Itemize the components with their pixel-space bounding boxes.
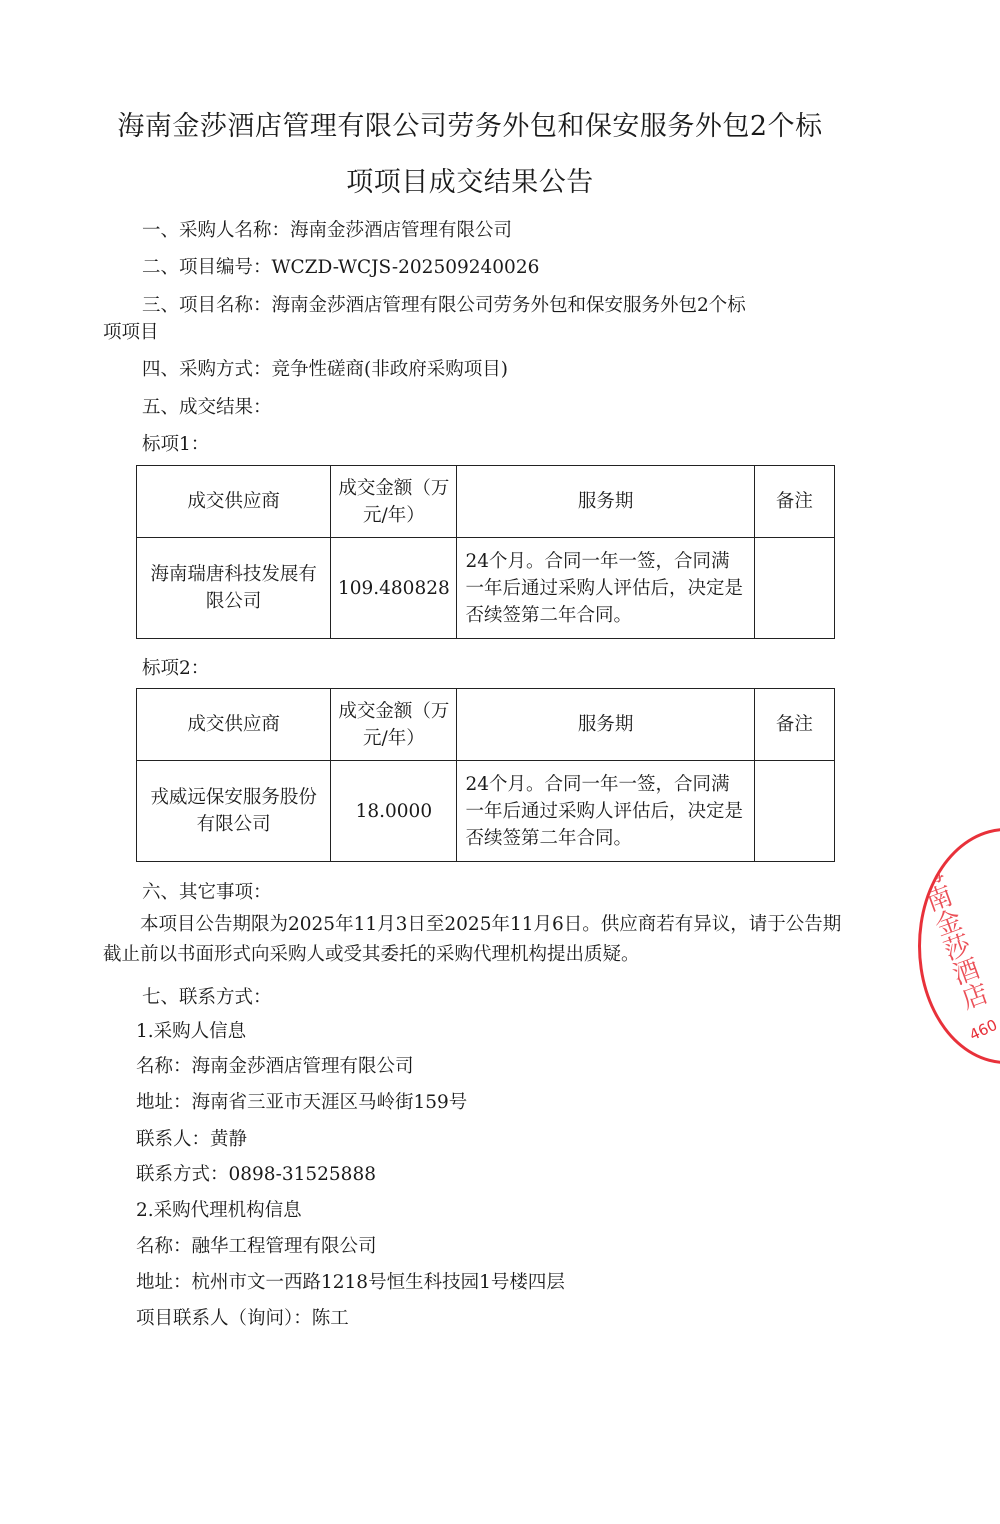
lot-1-label: 标项1： (142, 430, 209, 456)
lot-2-label: 标项2： (142, 654, 209, 680)
document-title-line1: 海南金莎酒店管理有限公司劳务外包和保安服务外包2个标 (95, 104, 845, 143)
table-header-row: 成交供应商 成交金额（万元/年） 服务期 备注 (137, 689, 835, 761)
cell-period: 24个月。合同一年一签，合同满一年后通过采购人评估后，决定是否续签第二年合同。 (457, 761, 754, 862)
other-text: 本项目公告期限为2025年11月3日至2025年11月6日。供应商若有异议，请于… (103, 910, 848, 970)
agency-name: 名称：融华工程管理有限公司 (136, 1232, 377, 1258)
purchaser-phone: 联系方式：0898-31525888 (136, 1160, 376, 1186)
agency-contact-person: 项目联系人（询问）：陈工 (136, 1304, 349, 1330)
lot-1-table: 成交供应商 成交金额（万元/年） 服务期 备注 海南瑞唐科技发展有限公司 109… (136, 465, 835, 639)
table-row: 海南瑞唐科技发展有限公司 109.480828 24个月。合同一年一签，合同满一… (137, 538, 835, 639)
project-name-line2: 项项目 (103, 318, 159, 344)
result-heading: 五、成交结果： (142, 393, 272, 419)
lot-2-table: 成交供应商 成交金额（万元/年） 服务期 备注 戎威远保安服务股份有限公司 18… (136, 688, 835, 862)
project-number: 二、项目编号：WCZD-WCJS-202509240026 (142, 253, 539, 279)
cell-supplier: 海南瑞唐科技发展有限公司 (137, 538, 331, 639)
company-seal: 海南金莎酒店 460 (918, 828, 1000, 1064)
contact-heading: 七、联系方式： (142, 983, 272, 1009)
table-row: 戎威远保安服务股份有限公司 18.0000 24个月。合同一年一签，合同满一年后… (137, 761, 835, 862)
cell-supplier: 戎威远保安服务股份有限公司 (137, 761, 331, 862)
header-period: 服务期 (457, 466, 754, 538)
project-name-line1: 三、项目名称：海南金莎酒店管理有限公司劳务外包和保安服务外包2个标 (142, 291, 746, 317)
purchaser-info-heading: 1.采购人信息 (136, 1017, 246, 1043)
cell-remark (754, 761, 834, 862)
document-title-line2: 项项目成交结果公告 (95, 160, 845, 199)
header-amount: 成交金额（万元/年） (331, 689, 457, 761)
agency-info-heading: 2.采购代理机构信息 (136, 1196, 302, 1222)
header-supplier: 成交供应商 (137, 689, 331, 761)
purchaser-contact-name: 名称：海南金莎酒店管理有限公司 (136, 1052, 414, 1078)
agency-address: 地址：杭州市文一西路1218号恒生科技园1号楼四层 (136, 1268, 565, 1294)
procurement-method: 四、采购方式：竞争性磋商(非政府采购项目) (142, 355, 508, 381)
header-amount: 成交金额（万元/年） (331, 466, 457, 538)
cell-period: 24个月。合同一年一签，合同满一年后通过采购人评估后，决定是否续签第二年合同。 (457, 538, 754, 639)
seal-text: 海南金莎酒店 (918, 857, 991, 1014)
seal-number: 460 (967, 1016, 1000, 1044)
header-supplier: 成交供应商 (137, 466, 331, 538)
header-remark: 备注 (754, 466, 834, 538)
table-header-row: 成交供应商 成交金额（万元/年） 服务期 备注 (137, 466, 835, 538)
purchaser-address: 地址：海南省三亚市天涯区马岭街159号 (136, 1088, 467, 1114)
header-remark: 备注 (754, 689, 834, 761)
header-period: 服务期 (457, 689, 754, 761)
cell-amount: 18.0000 (331, 761, 457, 862)
cell-amount: 109.480828 (331, 538, 457, 639)
cell-remark (754, 538, 834, 639)
other-heading: 六、其它事项： (142, 878, 272, 904)
purchaser-contact-person: 联系人：黄静 (136, 1125, 247, 1151)
purchaser-name: 一、采购人名称：海南金莎酒店管理有限公司 (142, 216, 512, 242)
